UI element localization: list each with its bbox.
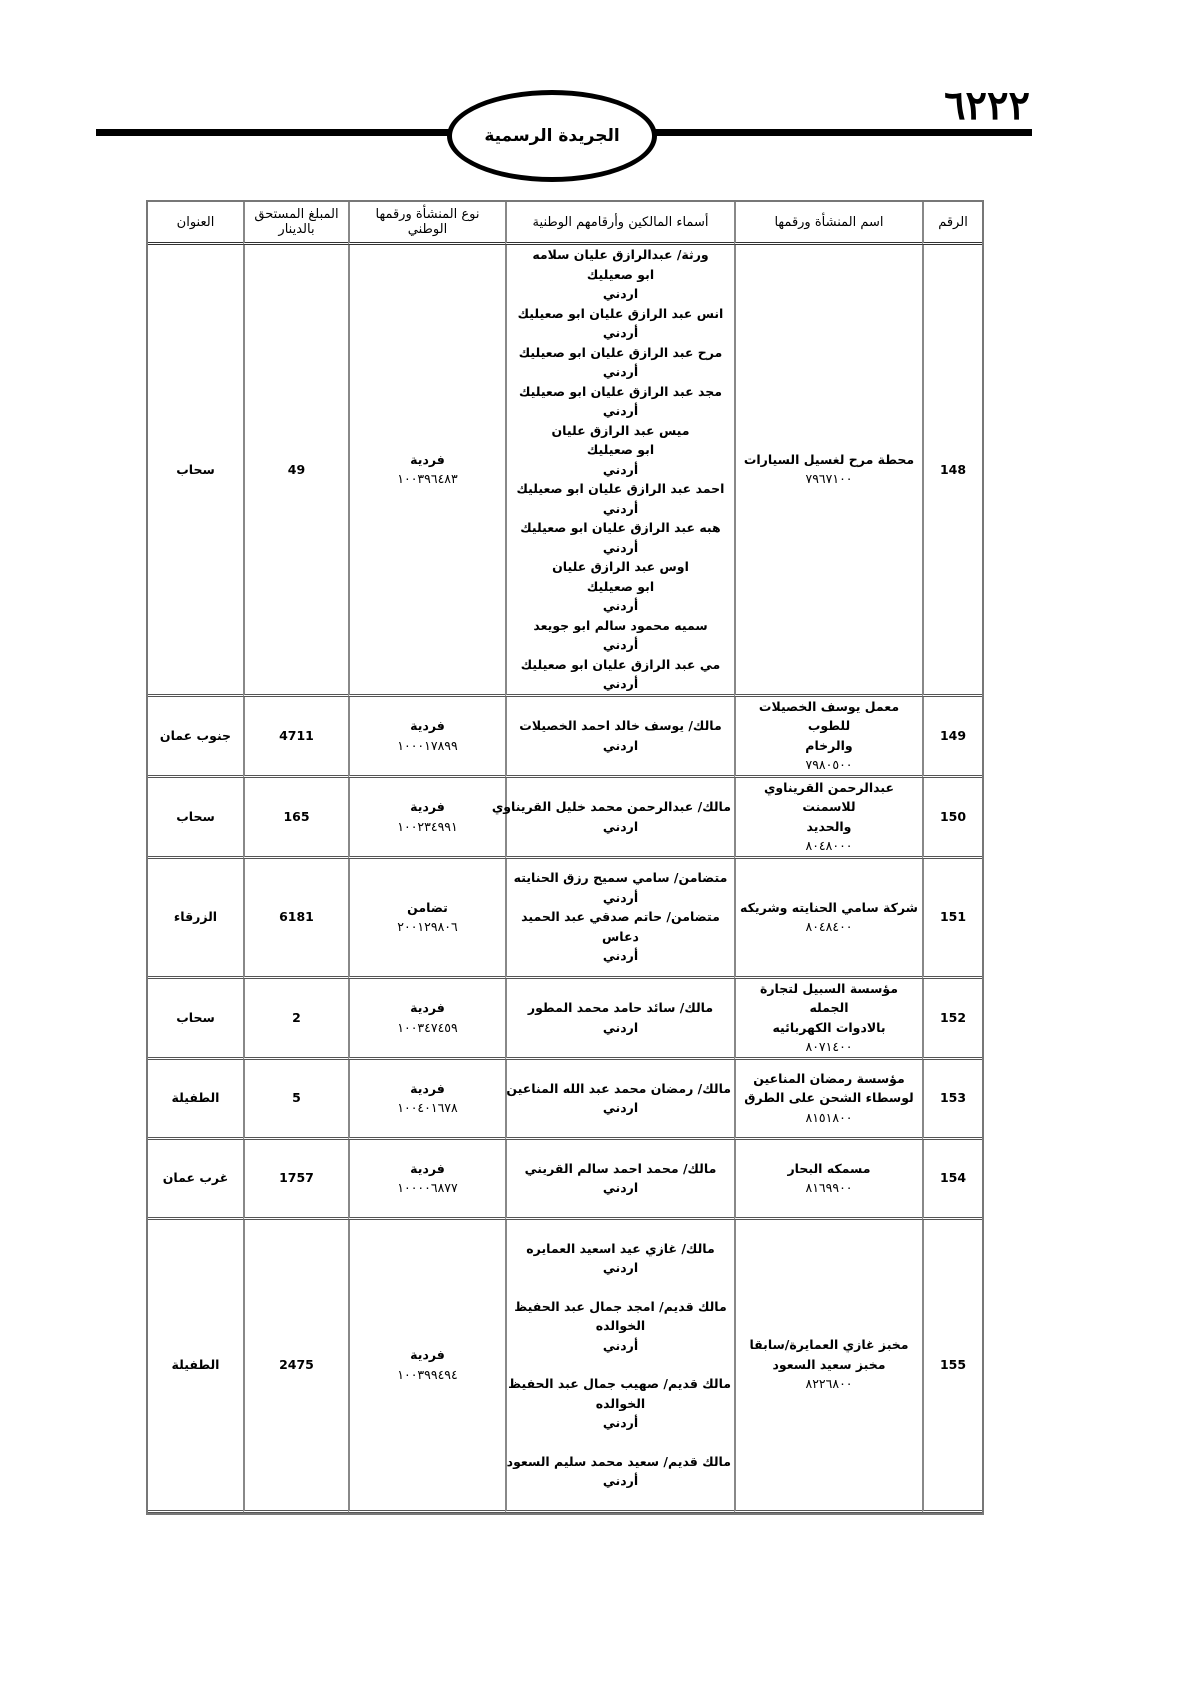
address: سحاب [151, 807, 240, 827]
owner-line: مي عبد الرازق عليان ابو صعيليك [510, 655, 731, 675]
publication-title: الجريدة الرسمية [484, 126, 619, 146]
amount-due: 6181 [248, 907, 345, 927]
table-row: 155مخبز غازي العمايرة/سابقامخبز سعيد الس… [148, 1220, 982, 1513]
owner-line: أردني [510, 888, 731, 908]
facility-type: فردية [353, 450, 502, 470]
owner-line: اردني [510, 817, 731, 837]
address-cell: جنوب عمان [148, 697, 243, 778]
owner-line: أردني [510, 674, 731, 694]
row-number-cell: 155 [922, 1220, 982, 1513]
address: الزرقاء [151, 907, 240, 927]
owners-cell: مالك/ غازي عيد اسعيد العمايرهاردنيمالك ق… [505, 1220, 734, 1513]
owner-line: انس عبد الرازق عليان ابو صعيليك [510, 304, 731, 324]
facility-type: فردية [353, 797, 502, 817]
type-cell: فردية١٠٠٣٩٦٤٨٣ [348, 245, 505, 697]
address: الطفيلة [151, 1088, 240, 1108]
address: سحاب [151, 1008, 240, 1028]
owner-line: أردني [510, 1336, 731, 1356]
address-cell: الزرقاء [148, 859, 243, 979]
owner-line: اردني [510, 1018, 731, 1038]
facility-name-line: معمل يوسف الخصيلات للطوب [739, 697, 919, 736]
type-cell: فردية١٠٠٠٠٦٨٧٧ [348, 1140, 505, 1220]
table-row: 153مؤسسة رمضان المناعينلوسطاء الشحن على … [148, 1060, 982, 1140]
facility-type: تضامن [353, 898, 502, 918]
owner-line: دعاس [510, 927, 731, 947]
owner-line: مالك/ يوسف خالد احمد الخصيلات [510, 716, 731, 736]
row-number-cell: 148 [922, 245, 982, 697]
owner-line: هبه عبد الرازق عليان ابو صعيليك [510, 518, 731, 538]
national-number: ١٠٠٠١٧٨٩٩ [353, 736, 502, 756]
facility-number: ٧٩٦٧١٠٠ [739, 469, 919, 489]
owners-cell: مالك/ يوسف خالد احمد الخصيلاتاردني [505, 697, 734, 778]
facility-name-line: مؤسسة رمضان المناعين [739, 1069, 919, 1089]
amount-cell: 1757 [243, 1140, 348, 1220]
facility-name-line: والرخام [739, 736, 919, 756]
facility-name-cell: مسمكه البحار٨١٦٩٩٠٠ [734, 1140, 922, 1220]
facility-type: فردية [353, 1159, 502, 1179]
owners-cell: مالك/ محمد احمد سالم القرينياردني [505, 1140, 734, 1220]
facility-name-cell: محطة مرح لغسيل السيارات٧٩٦٧١٠٠ [734, 245, 922, 697]
facility-number: ٨٠٤٨٠٠٠ [739, 836, 919, 856]
facility-type: فردية [353, 716, 502, 736]
amount-cell: 165 [243, 778, 348, 859]
national-number: ١٠٠٠٠٦٨٧٧ [353, 1178, 502, 1198]
owner-line: أردني [510, 538, 731, 558]
type-cell: تضامن٢٠٠١٢٩٨٠٦ [348, 859, 505, 979]
facility-number: ٨١٥١٨٠٠ [739, 1108, 919, 1128]
facility-name-cell: عبدالرحمن القريناوي للاسمنتوالحديد٨٠٤٨٠٠… [734, 778, 922, 859]
table-row: 148محطة مرح لغسيل السيارات٧٩٦٧١٠٠ورثة/ ع… [148, 245, 982, 697]
owner-line: اردني [510, 1258, 731, 1278]
amount-due: 4711 [248, 726, 345, 746]
owner-line: ابو صعيليك [510, 265, 731, 285]
masthead-oval: الجريدة الرسمية [447, 90, 657, 182]
owner-line: أردني [510, 1471, 731, 1491]
owner-line: أردني [510, 1413, 731, 1433]
facilities-table: الرقم اسم المنشأة ورقمها أسماء المالكين … [146, 200, 984, 1515]
facility-name-line: مخبز سعيد السعود [739, 1355, 919, 1375]
facility-type: فردية [353, 998, 502, 1018]
owner-line: مالك قديم/ امجد جمال عبد الحفيظ [510, 1297, 731, 1317]
address-cell: غرب عمان [148, 1140, 243, 1220]
address-cell: الطفيلة [148, 1060, 243, 1140]
owner-line [510, 1433, 731, 1452]
col-header-facility: اسم المنشأة ورقمها [734, 202, 922, 245]
row-number-cell: 152 [922, 979, 982, 1060]
facility-name-line: شركة سامي الحنايته وشريكه [739, 898, 919, 918]
owners-cell: مالك/ عبدالرحمن محمد خليل القريناوياردني [505, 778, 734, 859]
address-cell: سحاب [148, 979, 243, 1060]
page-number: ٦٢٢٢ [930, 82, 1030, 129]
owner-line: اردني [510, 1098, 731, 1118]
amount-due: 5 [248, 1088, 345, 1108]
facility-number: ٨٢٢٦٨٠٠ [739, 1374, 919, 1394]
owner-line: أردني [510, 362, 731, 382]
owner-line: اردني [510, 736, 731, 756]
amount-cell: 5 [243, 1060, 348, 1140]
amount-cell: 6181 [243, 859, 348, 979]
col-header-address: العنوان [148, 202, 243, 245]
row-number: 153 [927, 1088, 979, 1108]
row-number-cell: 154 [922, 1140, 982, 1220]
row-number: 152 [927, 1008, 979, 1028]
row-number: 148 [927, 460, 979, 480]
facility-number: ٨١٦٩٩٠٠ [739, 1178, 919, 1198]
table-row: 149معمل يوسف الخصيلات للطوبوالرخام٧٩٨٠٥٠… [148, 697, 982, 778]
table-header-row: الرقم اسم المنشأة ورقمها أسماء المالكين … [148, 202, 982, 245]
owner-line [510, 1355, 731, 1374]
type-cell: فردية١٠٠٠١٧٨٩٩ [348, 697, 505, 778]
row-number: 149 [927, 726, 979, 746]
facility-name-line: مسمكه البحار [739, 1159, 919, 1179]
amount-due: 2475 [248, 1355, 345, 1375]
owner-line: أردني [510, 596, 731, 616]
owner-line: أردني [510, 635, 731, 655]
address: جنوب عمان [151, 726, 240, 746]
table-row: 150عبدالرحمن القريناوي للاسمنتوالحديد٨٠٤… [148, 778, 982, 859]
col-header-amount: المبلغ المستحق بالدينار [243, 202, 348, 245]
address: سحاب [151, 460, 240, 480]
amount-due: 1757 [248, 1168, 345, 1188]
facility-name-line: بالادوات الكهربائيه [739, 1018, 919, 1038]
row-number: 150 [927, 807, 979, 827]
facility-name-cell: مؤسسة رمضان المناعينلوسطاء الشحن على الط… [734, 1060, 922, 1140]
amount-cell: 49 [243, 245, 348, 697]
facility-name-line: محطة مرح لغسيل السيارات [739, 450, 919, 470]
facility-type: فردية [353, 1079, 502, 1099]
type-cell: فردية١٠٠٣٩٩٤٩٤ [348, 1220, 505, 1513]
national-number: ١٠٠٣٩٦٤٨٣ [353, 469, 502, 489]
owner-line: احمد عبد الرازق عليان ابو صعيليك [510, 479, 731, 499]
row-number-cell: 153 [922, 1060, 982, 1140]
facility-name-cell: شركة سامي الحنايته وشريكه٨٠٤٨٤٠٠ [734, 859, 922, 979]
facility-name-line: مؤسسة السبيل لتجارة الجمله [739, 979, 919, 1018]
address-cell: الطفيلة [148, 1220, 243, 1513]
facility-name-cell: مؤسسة السبيل لتجارة الجملهبالادوات الكهر… [734, 979, 922, 1060]
type-cell: فردية١٠٠٣٤٧٤٥٩ [348, 979, 505, 1060]
table-row: 154مسمكه البحار٨١٦٩٩٠٠مالك/ محمد احمد سا… [148, 1140, 982, 1220]
amount-due: 2 [248, 1008, 345, 1028]
owner-line: الخوالده [510, 1316, 731, 1336]
facility-name-cell: معمل يوسف الخصيلات للطوبوالرخام٧٩٨٠٥٠٠ [734, 697, 922, 778]
owner-line: مالك/ عبدالرحمن محمد خليل القريناوي [510, 797, 731, 817]
address: الطفيلة [151, 1355, 240, 1375]
facility-number: ٧٩٨٠٥٠٠ [739, 755, 919, 775]
facility-name-line: لوسطاء الشحن على الطرق [739, 1088, 919, 1108]
national-number: ١٠٠٢٣٤٩٩١ [353, 817, 502, 837]
type-cell: فردية١٠٠٤٠١٦٧٨ [348, 1060, 505, 1140]
national-number: ١٠٠٤٠١٦٧٨ [353, 1098, 502, 1118]
owner-line: أردني [510, 946, 731, 966]
owner-line: اردني [510, 1178, 731, 1198]
col-header-type: نوع المنشأة ورقمها الوطني [348, 202, 505, 245]
row-number: 154 [927, 1168, 979, 1188]
row-number-cell: 150 [922, 778, 982, 859]
owner-line: مالك/ سائد حامد محمد المطور [510, 998, 731, 1018]
amount-cell: 4711 [243, 697, 348, 778]
owner-line [510, 1278, 731, 1297]
address-cell: سحاب [148, 778, 243, 859]
owner-line: الخوالده [510, 1394, 731, 1414]
owner-line: مجد عبد الرازق عليان ابو صعيليك [510, 382, 731, 402]
facility-type: فردية [353, 1345, 502, 1365]
owner-line: اوس عبد الرازق عليان [510, 557, 731, 577]
type-cell: فردية١٠٠٢٣٤٩٩١ [348, 778, 505, 859]
amount-due: 165 [248, 807, 345, 827]
row-number-cell: 151 [922, 859, 982, 979]
address: غرب عمان [151, 1168, 240, 1188]
owner-line: اردني [510, 284, 731, 304]
col-header-owners: أسماء المالكين وأرقامهم الوطنية [505, 202, 734, 245]
owner-line: متضامن/ سامي سميح رزق الحنايته [510, 868, 731, 888]
owner-line: أردني [510, 460, 731, 480]
owner-line: أردني [510, 401, 731, 421]
owner-line: مرح عبد الرازق عليان ابو صعيليك [510, 343, 731, 363]
facility-number: ٨٠٤٨٤٠٠ [739, 917, 919, 937]
owners-cell: متضامن/ سامي سميح رزق الحنايتهأردنيمتضام… [505, 859, 734, 979]
row-number: 155 [927, 1355, 979, 1375]
facility-name-line: والحديد [739, 817, 919, 837]
owners-cell: ورثة/ عبدالرازق عليان سلامهابو صعيليكارد… [505, 245, 734, 697]
owner-line: مالك/ محمد احمد سالم القريني [510, 1159, 731, 1179]
row-number: 151 [927, 907, 979, 927]
owner-line: مالك قديم/ صهيب جمال عبد الحفيظ [510, 1374, 731, 1394]
national-number: ١٠٠٣٩٩٤٩٤ [353, 1365, 502, 1385]
facility-number: ٨٠٧١٤٠٠ [739, 1037, 919, 1057]
owners-cell: مالك/ سائد حامد محمد المطوراردني [505, 979, 734, 1060]
owner-line: مالك/ رمضان محمد عبد الله المناعين [510, 1079, 731, 1099]
owner-line: ورثة/ عبدالرازق عليان سلامه [510, 245, 731, 265]
table-row: 151شركة سامي الحنايته وشريكه٨٠٤٨٤٠٠متضام… [148, 859, 982, 979]
owner-line: أردني [510, 323, 731, 343]
owner-line: مالك/ غازي عيد اسعيد العمايره [510, 1239, 731, 1259]
facility-name-line: مخبز غازي العمايرة/سابقا [739, 1335, 919, 1355]
owner-line: مالك قديم/ سعيد محمد سليم السعود [510, 1452, 731, 1472]
owner-line: ابو صعيليك [510, 577, 731, 597]
facility-name-cell: مخبز غازي العمايرة/سابقامخبز سعيد السعود… [734, 1220, 922, 1513]
owner-line: ابو صعيليك [510, 440, 731, 460]
facility-name-line: عبدالرحمن القريناوي للاسمنت [739, 778, 919, 817]
amount-cell: 2475 [243, 1220, 348, 1513]
amount-due: 49 [248, 460, 345, 480]
national-number: ٢٠٠١٢٩٨٠٦ [353, 917, 502, 937]
amount-cell: 2 [243, 979, 348, 1060]
owner-line: متضامن/ حاتم صدقي عبد الحميد [510, 907, 731, 927]
table-row: 152مؤسسة السبيل لتجارة الجملهبالادوات ال… [148, 979, 982, 1060]
owner-line: ميس عبد الرازق عليان [510, 421, 731, 441]
row-number-cell: 149 [922, 697, 982, 778]
owner-line: سميه محمود سالم ابو جويعد [510, 616, 731, 636]
owners-cell: مالك/ رمضان محمد عبد الله المناعيناردني [505, 1060, 734, 1140]
col-header-number: الرقم [922, 202, 982, 245]
owner-line: أردني [510, 499, 731, 519]
address-cell: سحاب [148, 245, 243, 697]
national-number: ١٠٠٣٤٧٤٥٩ [353, 1018, 502, 1038]
